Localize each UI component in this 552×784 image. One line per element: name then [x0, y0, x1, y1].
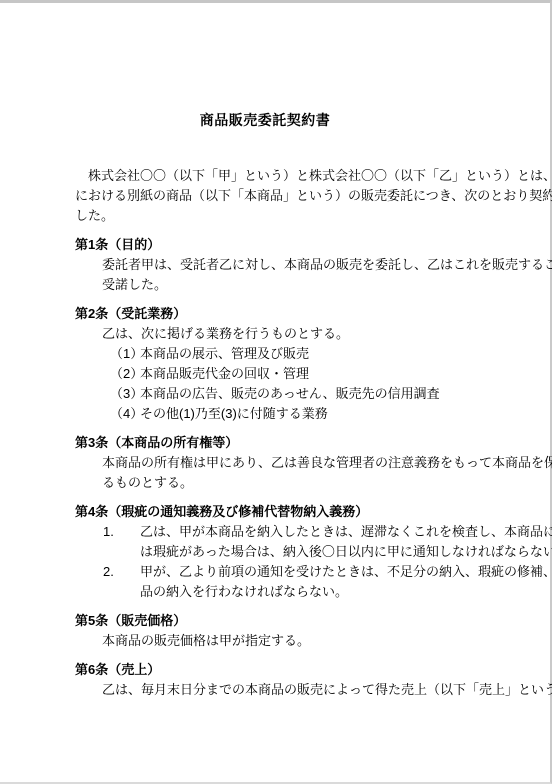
list-item-text: 本商品販売代金の回収・管理 [140, 366, 309, 381]
article-line: るものとする。 [102, 473, 455, 493]
article-line: 委託者甲は、受託者乙に対し、本商品の販売を委託し、乙はこれを販売することを [102, 255, 455, 275]
list-item: （1）本商品の展示、管理及び販売 [110, 344, 455, 364]
list-item-marker: （3） [110, 384, 140, 404]
list-item-text: 本商品の広告、販売のあっせん、販売先の信用調査 [140, 386, 440, 401]
numbered-item-continuation: は瑕疵があった場合は、納入後〇日以内に甲に通知しなければならない。 [140, 542, 455, 562]
article-heading: 第4条（瑕疵の通知義務及び修補代替物納入義務） [75, 502, 455, 522]
article-heading: 第2条（受託業務） [75, 304, 455, 324]
article-heading: 第1条（目的） [75, 235, 455, 255]
list-item-marker: （2） [110, 364, 140, 384]
article-line: 受諾した。 [102, 275, 455, 295]
list-item-marker: （4） [110, 404, 140, 424]
article-heading: 第5条（販売価格） [75, 611, 455, 631]
list-item: （2）本商品販売代金の回収・管理 [110, 364, 455, 384]
list-item-marker: （1） [110, 344, 140, 364]
numbered-item-continuation: 品の納入を行わなければならない。 [140, 582, 455, 602]
numbered-item-text: 乙は、甲が本商品を納入したときは、遅滞なくこれを検査し、本商品に数量不足又 [140, 524, 552, 539]
article-line: 本商品の販売価格は甲が指定する。 [102, 631, 455, 651]
numbered-item-marker: 2. [103, 562, 140, 582]
article-5: 第5条（販売価格） 本商品の販売価格は甲が指定する。 [75, 611, 455, 651]
article-2: 第2条（受託業務） 乙は、次に掲げる業務を行うものとする。 （1）本商品の展示、… [75, 304, 455, 424]
numbered-item-marker: 1. [103, 522, 140, 542]
article-line: 乙は、次に掲げる業務を行うものとする。 [102, 324, 455, 344]
list-item: （3）本商品の広告、販売のあっせん、販売先の信用調査 [110, 384, 455, 404]
numbered-item-text: 甲が、乙より前項の通知を受けたときは、不足分の納入、瑕疵の修補、又は代替商 [140, 564, 552, 579]
intro-line: した。 [75, 206, 455, 226]
article-heading: 第6条（売上） [75, 660, 455, 680]
list-item: （4）その他(1)乃至(3)に付随する業務 [110, 404, 455, 424]
article-line: 乙は、毎月末日分までの本商品の販売によって得た売上（以下「売上」という）を、 [102, 680, 455, 700]
article-3: 第3条（本商品の所有権等） 本商品の所有権は甲にあり、乙は善良な管理者の注意義務… [75, 433, 455, 493]
document-title: 商品販売委託契約書 [75, 112, 455, 128]
article-1: 第1条（目的） 委託者甲は、受託者乙に対し、本商品の販売を委託し、乙はこれを販売… [75, 235, 455, 295]
article-4: 第4条（瑕疵の通知義務及び修補代替物納入義務） 1.乙は、甲が本商品を納入したと… [75, 502, 455, 602]
article-line: 本商品の所有権は甲にあり、乙は善良な管理者の注意義務をもって本商品を保管す [102, 453, 455, 473]
numbered-item: 1.乙は、甲が本商品を納入したときは、遅滞なくこれを検査し、本商品に数量不足又 [103, 522, 455, 542]
article-heading: 第3条（本商品の所有権等） [75, 433, 455, 453]
list-item-text: その他(1)乃至(3)に付随する業務 [140, 406, 328, 421]
intro-paragraph: 株式会社〇〇（以下「甲」という）と株式会社〇〇（以下「乙」という）とは、甲乙間 … [75, 166, 455, 226]
intro-line: 株式会社〇〇（以下「甲」という）と株式会社〇〇（以下「乙」という）とは、甲乙間 [75, 166, 455, 186]
intro-line: における別紙の商品（以下「本商品」という）の販売委託につき、次のとおり契約を締結 [75, 186, 455, 206]
numbered-item: 2.甲が、乙より前項の通知を受けたときは、不足分の納入、瑕疵の修補、又は代替商 [103, 562, 455, 582]
document-page: 商品販売委託契約書 株式会社〇〇（以下「甲」という）と株式会社〇〇（以下「乙」と… [0, 0, 552, 784]
list-item-text: 本商品の展示、管理及び販売 [140, 346, 309, 361]
document-content: 商品販売委託契約書 株式会社〇〇（以下「甲」という）と株式会社〇〇（以下「乙」と… [0, 3, 550, 700]
article-6: 第6条（売上） 乙は、毎月末日分までの本商品の販売によって得た売上（以下「売上」… [75, 660, 455, 700]
